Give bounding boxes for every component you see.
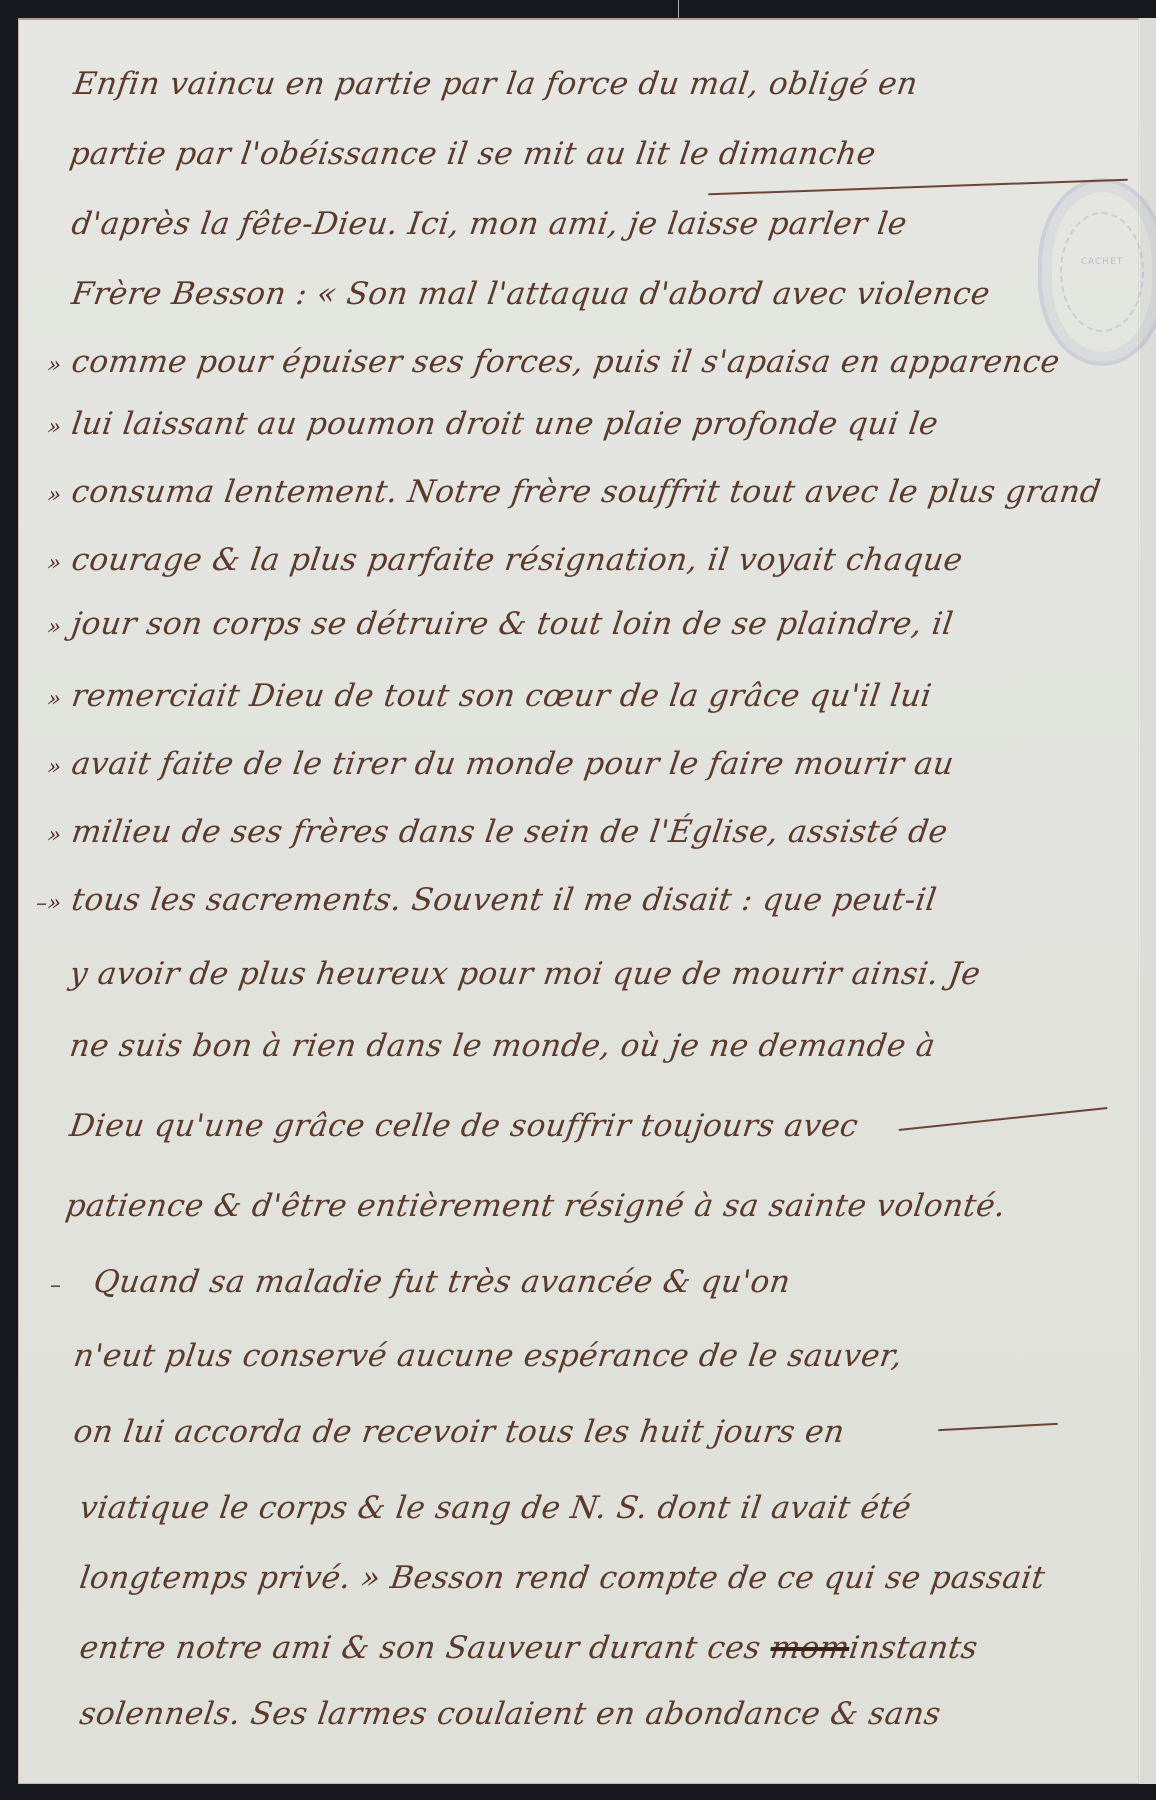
binding-thread — [678, 0, 679, 18]
line-text: y avoir de plus heureux pour moi que de … — [67, 956, 982, 992]
quote-margin-mark: » — [22, 353, 64, 378]
text-line: n'eut plus conservé aucune espérance de … — [68, 1338, 905, 1398]
text-line: patience & d'être entièrement résigné à … — [60, 1188, 1008, 1248]
line-text: Frère Besson : « Son mal l'attaqua d'abo… — [69, 276, 992, 312]
stamp-inner-ring — [1060, 212, 1144, 332]
text-line: »milieu de ses frères dans le sein de l'… — [18, 814, 950, 874]
text-line: »comme pour épuiser ses forces, puis il … — [18, 344, 1062, 404]
line-text: solennels. Ses larmes coulaient en abond… — [77, 1696, 943, 1732]
line-text: courage & la plus parfaite résignation, … — [69, 542, 965, 578]
quote-margin-mark: » — [22, 415, 64, 440]
line-text: partie par l'obéissance il se mit au lit… — [67, 136, 878, 172]
ink-flourish — [898, 1107, 1107, 1131]
line-text: avait faite de le tirer du monde pour le… — [69, 746, 956, 782]
archive-stamp: CACHET — [1038, 178, 1156, 366]
line-text: ne suis bon à rien dans le monde, où je … — [67, 1028, 937, 1064]
line-text: entre notre ami & son Sauveur durant ces — [77, 1630, 763, 1666]
line-text: on lui accorda de recevoir tous les huit… — [71, 1414, 847, 1450]
text-line: ne suis bon à rien dans le monde, où je … — [64, 1028, 938, 1088]
text-line: »jour son corps se détruire & tout loin … — [18, 606, 955, 666]
text-line: »lui laissant au poumon droit une plaie … — [18, 406, 941, 466]
text-line: Dieu qu'une grâce celle de souffrir touj… — [64, 1108, 860, 1168]
line-text: jour son corps se détruire & tout loin d… — [69, 606, 955, 642]
dash-margin-mark: – — [22, 1273, 64, 1298]
line-text: Quand sa maladie fut très avancée & qu'o… — [91, 1264, 792, 1300]
text-line: longtemps privé. » Besson rend compte de… — [74, 1560, 1047, 1620]
letter-page: CACHET Enfin vaincu en partie par la for… — [18, 18, 1156, 1784]
line-text: d'après la fête-Dieu. Ici, mon ami, je l… — [69, 206, 909, 242]
text-line: »avait faite de le tirer du monde pour l… — [18, 746, 956, 806]
text-line: on lui accorda de recevoir tous les huit… — [68, 1414, 847, 1474]
quote-margin-mark: –» — [22, 891, 64, 916]
quote-margin-mark: » — [22, 687, 64, 712]
quote-margin-mark: » — [22, 755, 64, 780]
text-line: viatique le corps & le sang de N. S. don… — [74, 1490, 914, 1550]
quote-margin-mark: » — [22, 551, 64, 576]
line-text: remerciait Dieu de tout son cœur de la g… — [69, 678, 934, 714]
text-line: partie par l'obéissance il se mit au lit… — [64, 136, 878, 196]
text-line: »consuma lentement. Notre frère souffrit… — [18, 474, 1103, 534]
page-top-edge — [18, 18, 1156, 20]
text-line: y avoir de plus heureux pour moi que de … — [64, 956, 983, 1016]
line-text: n'eut plus conservé aucune espérance de … — [71, 1338, 904, 1374]
line-text: longtemps privé. » Besson rend compte de… — [77, 1560, 1047, 1596]
line-text: milieu de ses frères dans le sein de l'É… — [69, 814, 950, 850]
quote-margin-mark: » — [22, 823, 64, 848]
line-text-continued: instants — [847, 1630, 980, 1666]
text-line: solennels. Ses larmes coulaient en abond… — [74, 1696, 943, 1756]
stamp-label: CACHET — [1042, 257, 1156, 267]
line-text: tous les sacrements. Souvent il me disai… — [69, 882, 939, 918]
text-line: –Quand sa maladie fut très avancée & qu'… — [18, 1264, 793, 1324]
ink-flourish — [938, 1423, 1058, 1431]
text-line: Frère Besson : « Son mal l'attaqua d'abo… — [66, 276, 992, 336]
line-text: Dieu qu'une grâce celle de souffrir touj… — [67, 1108, 860, 1144]
line-text: Enfin vaincu en partie par la force du m… — [71, 66, 920, 102]
quote-margin-mark: » — [22, 615, 64, 640]
text-line: »courage & la plus parfaite résignation,… — [18, 542, 965, 602]
line-text: comme pour épuiser ses forces, puis il s… — [69, 344, 1062, 380]
text-line: Enfin vaincu en partie par la force du m… — [68, 66, 920, 126]
text-line: –»tous les sacrements. Souvent il me dis… — [18, 882, 939, 942]
line-text: viatique le corps & le sang de N. S. don… — [77, 1490, 913, 1526]
text-line: entre notre ami & son Sauveur durant ces… — [74, 1630, 980, 1690]
text-line: d'après la fête-Dieu. Ici, mon ami, je l… — [66, 206, 909, 266]
struck-out-word: mom — [768, 1630, 852, 1666]
quote-margin-mark: » — [22, 483, 64, 508]
line-text: consuma lentement. Notre frère souffrit … — [69, 474, 1103, 510]
text-line: »remerciait Dieu de tout son cœur de la … — [18, 678, 934, 738]
line-text: patience & d'être entièrement résigné à … — [63, 1188, 1008, 1224]
line-text: lui laissant au poumon droit une plaie p… — [69, 406, 940, 442]
